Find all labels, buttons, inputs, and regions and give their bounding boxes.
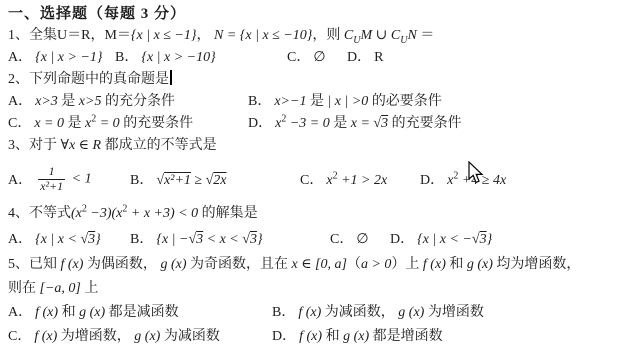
question-3-stem: 3、对于 ∀x ∈ R 都成立的不等式是 (8, 135, 616, 157)
option-label: A． (8, 169, 32, 189)
question-4-options-row: A．{x | x < √3} B．{x | −√3 < x < √3} C．∅ … (8, 227, 616, 253)
question-2: 2、下列命题中的真命题是 A．x>3 是 x>5 的充分条件 B．x>−1 是 … (8, 69, 616, 135)
option-text: √x²+1 ≥ √2x (156, 173, 226, 188)
option-text: ∅ (313, 50, 325, 65)
option-text: x>3 是 x>5 的充分条件 (35, 94, 175, 109)
option-label: D． (248, 116, 272, 131)
option-label: C． (330, 232, 353, 247)
question-2-stem: 2、下列命题中的真命题是 (8, 72, 169, 87)
question-5-options-row-2: C．f (x) 为增函数， g (x) 为减函数 D．f (x) 和 g (x)… (8, 325, 616, 349)
section-title: 一、选择题（每题 3 分） (8, 3, 616, 25)
option-text: f (x) 为增函数， g (x) 为减函数 (34, 329, 219, 344)
q4-option-a: A．{x | x < √3} (8, 227, 130, 253)
question-5: 5、已知 f (x) 为偶函数， g (x) 为奇函数，且在 x ∈ [0, a… (8, 253, 616, 349)
option-label: D． (390, 232, 414, 247)
option-text: f (x) 为减函数， g (x) 为增函数 (298, 305, 483, 320)
q2-option-d: D．x2 −3 = 0 是 x = √3 的充要条件 (248, 113, 462, 135)
option-text: f (x) 和 g (x) 都是增函数 (299, 329, 442, 344)
q2-option-c: C．x = 0 是 x2 = 0 的充要条件 (8, 113, 248, 135)
option-text: f (x) 和 g (x) 都是减函数 (35, 305, 178, 320)
question-4: 4、不等式(x2 −3)(x2 + x +3) < 0 的解集是 A．{x | … (8, 201, 616, 253)
question-3-options-row: A．1x²+1 < 1 B．√x²+1 ≥ √2x C．x2 +1 > 2x D… (8, 157, 616, 201)
option-text: {x | −√3 < x < √3} (156, 232, 262, 247)
option-text: x>−1 是 | x | >0 的必要条件 (274, 94, 441, 109)
option-text: {x | x > −1} (35, 50, 102, 65)
exam-document: 一、选择题（每题 3 分） 1、全集U＝R，M＝{x | x ≤ −1}， N … (0, 0, 622, 349)
option-text: ∅ (356, 232, 368, 247)
q3-option-c: C．x2 +1 > 2x (300, 169, 420, 189)
option-label: D． (420, 173, 444, 188)
option-text: R (374, 50, 383, 65)
option-label: B． (115, 50, 138, 65)
q3-option-a: A．1x²+1 < 1 (8, 165, 130, 194)
option-label: A． (8, 232, 32, 247)
option-label: B． (248, 94, 271, 109)
q2-option-b: B．x>−1 是 | x | >0 的必要条件 (248, 91, 442, 113)
option-text: x2 +4 ≥ 4x (447, 173, 506, 188)
q4-option-b: B．{x | −√3 < x < √3} (130, 227, 330, 253)
question-2-stem-row: 2、下列命题中的真命题是 (8, 69, 616, 91)
q1-option-b: B．{x | x > −10} (115, 47, 287, 69)
option-label: A． (8, 305, 32, 320)
option-label: B． (272, 305, 295, 320)
option-label: A． (8, 94, 32, 109)
option-label: C． (8, 329, 31, 344)
question-1-options-row: A．{x | x > −1} B．{x | x > −10} C．∅ D．R (8, 47, 616, 69)
q3-option-d: D．x2 +4 ≥ 4x (420, 169, 506, 189)
q1-option-c: C．∅ (287, 47, 347, 69)
question-1: 1、全集U＝R，M＝{x | x ≤ −1}， N = {x | x ≤ −10… (8, 25, 616, 69)
question-2-options-row-1: A．x>3 是 x>5 的充分条件 B．x>−1 是 | x | >0 的必要条… (8, 91, 616, 113)
question-5-stem-line-1: 5、已知 f (x) 为偶函数， g (x) 为奇函数，且在 x ∈ [0, a… (8, 253, 616, 277)
option-label: B． (130, 232, 153, 247)
question-1-stem: 1、全集U＝R，M＝{x | x ≤ −1}， N = {x | x ≤ −10… (8, 25, 616, 47)
q1-option-d: D．R (347, 47, 383, 69)
question-5-stem-line-2: 则在 [−a, 0] 上 (8, 277, 616, 301)
option-text: x2 +1 > 2x (326, 173, 387, 188)
option-text: {x | x < −√3} (417, 232, 492, 247)
option-label: B． (130, 173, 153, 188)
option-text: x2 −3 = 0 是 x = √3 的充要条件 (275, 116, 461, 131)
q4-option-d: D．{x | x < −√3} (390, 227, 492, 253)
option-label: C． (287, 50, 310, 65)
q1-option-a: A．{x | x > −1} (8, 47, 115, 69)
question-2-options-row-2: C．x = 0 是 x2 = 0 的充要条件 D．x2 −3 = 0 是 x =… (8, 113, 616, 135)
question-3: 3、对于 ∀x ∈ R 都成立的不等式是 A．1x²+1 < 1 B．√x²+1… (8, 135, 616, 201)
option-label: D． (272, 329, 296, 344)
q5-option-d: D．f (x) 和 g (x) 都是增函数 (272, 325, 443, 349)
question-5-options-row-1: A．f (x) 和 g (x) 都是减函数 B．f (x) 为减函数， g (x… (8, 301, 616, 325)
option-label: C． (8, 116, 31, 131)
q2-option-a: A．x>3 是 x>5 的充分条件 (8, 91, 248, 113)
option-text: x = 0 是 x2 = 0 的充要条件 (34, 116, 193, 131)
q5-option-b: B．f (x) 为减函数， g (x) 为增函数 (272, 301, 484, 325)
option-text: {x | x > −10} (141, 50, 215, 65)
question-4-stem: 4、不等式(x2 −3)(x2 + x +3) < 0 的解集是 (8, 201, 616, 227)
option-text: 1x²+1 < 1 (35, 165, 91, 194)
option-text: {x | x < √3} (35, 232, 101, 247)
option-label: C． (300, 173, 323, 188)
option-label: A． (8, 50, 32, 65)
text-caret (170, 70, 172, 85)
q3-option-b: B．√x²+1 ≥ √2x (130, 169, 300, 189)
q4-option-c: C．∅ (330, 227, 390, 253)
option-label: D． (347, 50, 371, 65)
q5-option-c: C．f (x) 为增函数， g (x) 为减函数 (8, 325, 272, 349)
q5-option-a: A．f (x) 和 g (x) 都是减函数 (8, 301, 272, 325)
